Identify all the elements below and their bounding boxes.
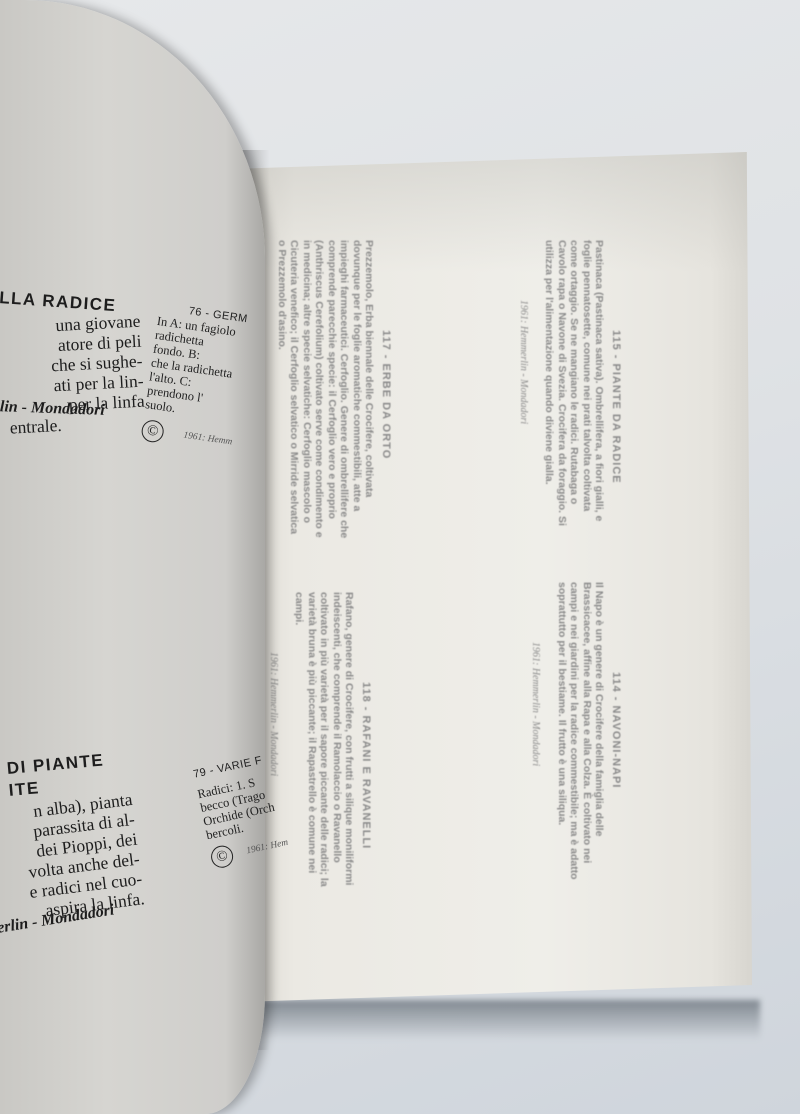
section-credit: rlin - Mondadori xyxy=(0,398,105,420)
copyright-icon: © xyxy=(209,844,235,870)
card-credit: 1961: Hemmerlin - Mondadori xyxy=(529,582,542,882)
section-body: n alba), pianta parassita di al- dei Pio… xyxy=(0,789,146,925)
card-body: Rafano, genere di Crocifere, con frutti … xyxy=(293,592,356,892)
card-114: 114 - NAVONI-NAPI Il Napo è un genere di… xyxy=(529,582,622,882)
card-credit: 1961: Hemmerlin - Mondadori xyxy=(517,240,530,540)
card-body: Il Napo è un genere di Crocifere della f… xyxy=(556,582,606,882)
card-115: 115 - PIANTE DA RADICE Pastinaca (Pastin… xyxy=(517,240,623,540)
copyright-icon: © xyxy=(140,419,165,444)
card-title: 117 - ERBE DA ORTO xyxy=(380,240,393,540)
booklet-shadow xyxy=(240,1000,760,1040)
card-credit: 1961: Hem xyxy=(245,836,289,859)
card-credit: 1961: Hemm xyxy=(182,429,233,450)
card-title: 118 - RAFANI E RAVANELLI xyxy=(360,592,373,892)
card-117: 117 - ERBE DA ORTO Prezzemolo, Erba bien… xyxy=(249,240,392,540)
card-body: Prezzemolo, Erba biennale delle Crocifer… xyxy=(276,240,376,540)
card-title: 114 - NAVONI-NAPI xyxy=(610,582,623,882)
card-title: 115 - PIANTE DA RADICE xyxy=(610,240,623,540)
card-76: 76 - GERM In A: un fagiolo radichetta fo… xyxy=(140,300,259,455)
card-body: Pastinaca (Pastinaca sativa). Ombrellife… xyxy=(543,240,606,540)
left-page: LLA RADICE una giovane atore di peli che… xyxy=(0,0,265,1114)
right-page: 117 - ERBE DA ORTO Prezzemolo, Erba bien… xyxy=(232,152,752,1002)
